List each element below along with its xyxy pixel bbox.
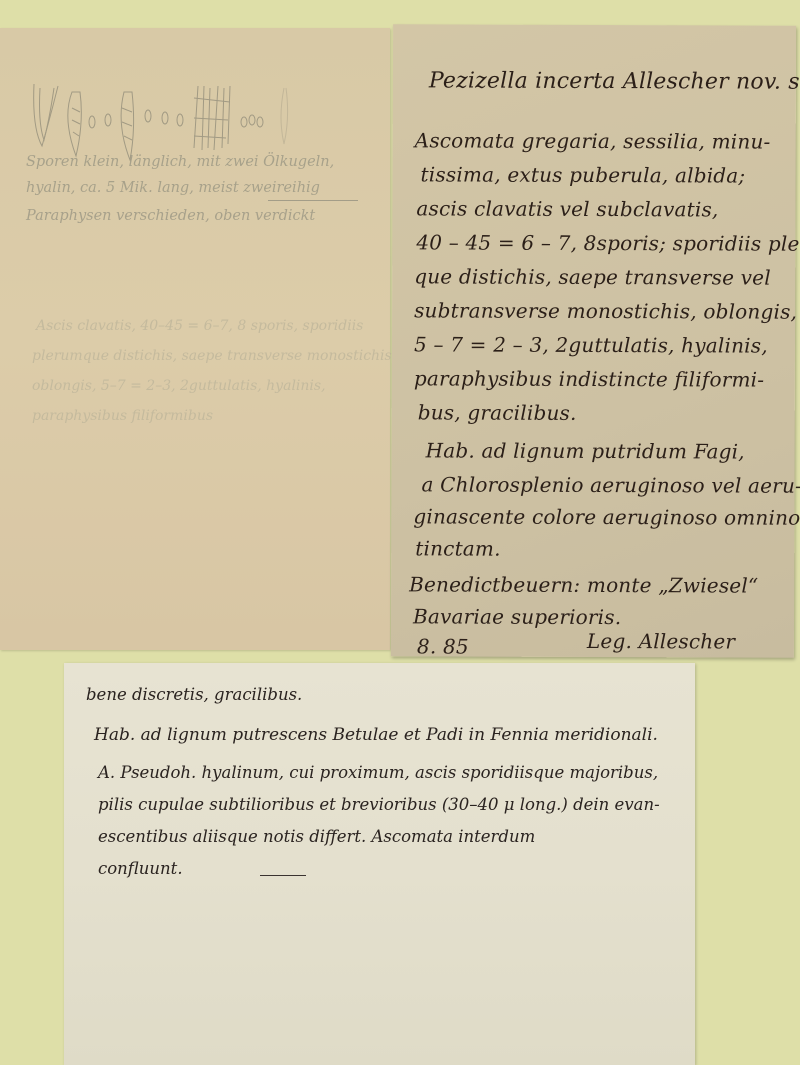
left-specimen-sheet: Sporen klein, länglich, mit zwei Ölkugel… — [0, 28, 390, 650]
description-line: Ascomata gregaria, sessilia, minu- — [415, 128, 771, 153]
note-line: pilis cupulae subtilioribus et breviorib… — [98, 795, 660, 814]
description-line: bus, gracilibus. — [418, 400, 577, 425]
faint-latin-line: paraphysibus filiformibus — [32, 408, 213, 424]
right-specimen-label: Pezizella incerta Allescher nov. sp. Asc… — [391, 24, 796, 657]
note-line: Hab. ad lignum putrescens Betulae et Pad… — [94, 725, 658, 745]
end-rule — [260, 875, 306, 876]
bottom-note-sheet: bene discretis, gracilibus. Hab. ad lign… — [64, 663, 695, 1065]
pencil-note-line: Paraphysen verschieden, oben verdickt — [26, 208, 315, 224]
faint-latin-line: plerumque distichis, saepe transverse mo… — [32, 348, 396, 364]
habitat-line: ginascente colore aeruginoso omnino — [413, 504, 800, 529]
collector-signature: Leg. Allescher — [587, 629, 735, 654]
description-line: que distichis, saepe transverse vel — [414, 264, 771, 289]
collection-date: 8. 85 — [417, 634, 469, 658]
pencil-note-line: Sporen klein, länglich, mit zwei Ölkugel… — [26, 154, 334, 170]
description-line: 40 – 45 = 6 – 7, 8sporis; sporidiis pler… — [416, 230, 800, 256]
habitat-line: Hab. ad lignum putridum Fagi, — [426, 438, 745, 463]
note-line: confluunt. — [98, 859, 183, 878]
description-line: subtransverse monostichis, oblongis, — [414, 298, 797, 323]
description-line: 5 – 7 = 2 – 3, 2guttulatis, hyalinis, — [414, 332, 768, 357]
note-line: A. Pseudoh. hyalinum, cui proximum, asci… — [98, 763, 658, 782]
description-line: ascis clavatis vel subclavatis, — [416, 196, 718, 221]
underline — [268, 200, 358, 201]
locality-line: Benedictbeuern: monte „Zwiesel“ — [409, 572, 758, 597]
note-line: bene discretis, gracilibus. — [86, 685, 302, 704]
description-line: paraphysibus indistincte filiformi- — [414, 366, 764, 391]
faint-latin-line: Ascis clavatis, 40–45 = 6–7, 8 sporis, s… — [36, 318, 363, 334]
species-title: Pezizella incerta Allescher nov. sp. — [429, 68, 800, 94]
faint-latin-line: oblongis, 5–7 = 2–3, 2guttulatis, hyalin… — [32, 378, 326, 394]
locality-line: Bavariae superioris. — [413, 604, 621, 629]
habitat-line: tinctam. — [415, 536, 500, 560]
note-line: escentibus aliisque notis differt. Ascom… — [98, 827, 535, 846]
description-line: tissima, extus puberula, albida; — [421, 162, 746, 187]
pencil-note-line: hyalin, ca. 5 Mik. lang, meist zweireihi… — [26, 180, 320, 196]
habitat-line: a Chlorosplenio aeruginoso vel aeru- — [421, 472, 800, 497]
